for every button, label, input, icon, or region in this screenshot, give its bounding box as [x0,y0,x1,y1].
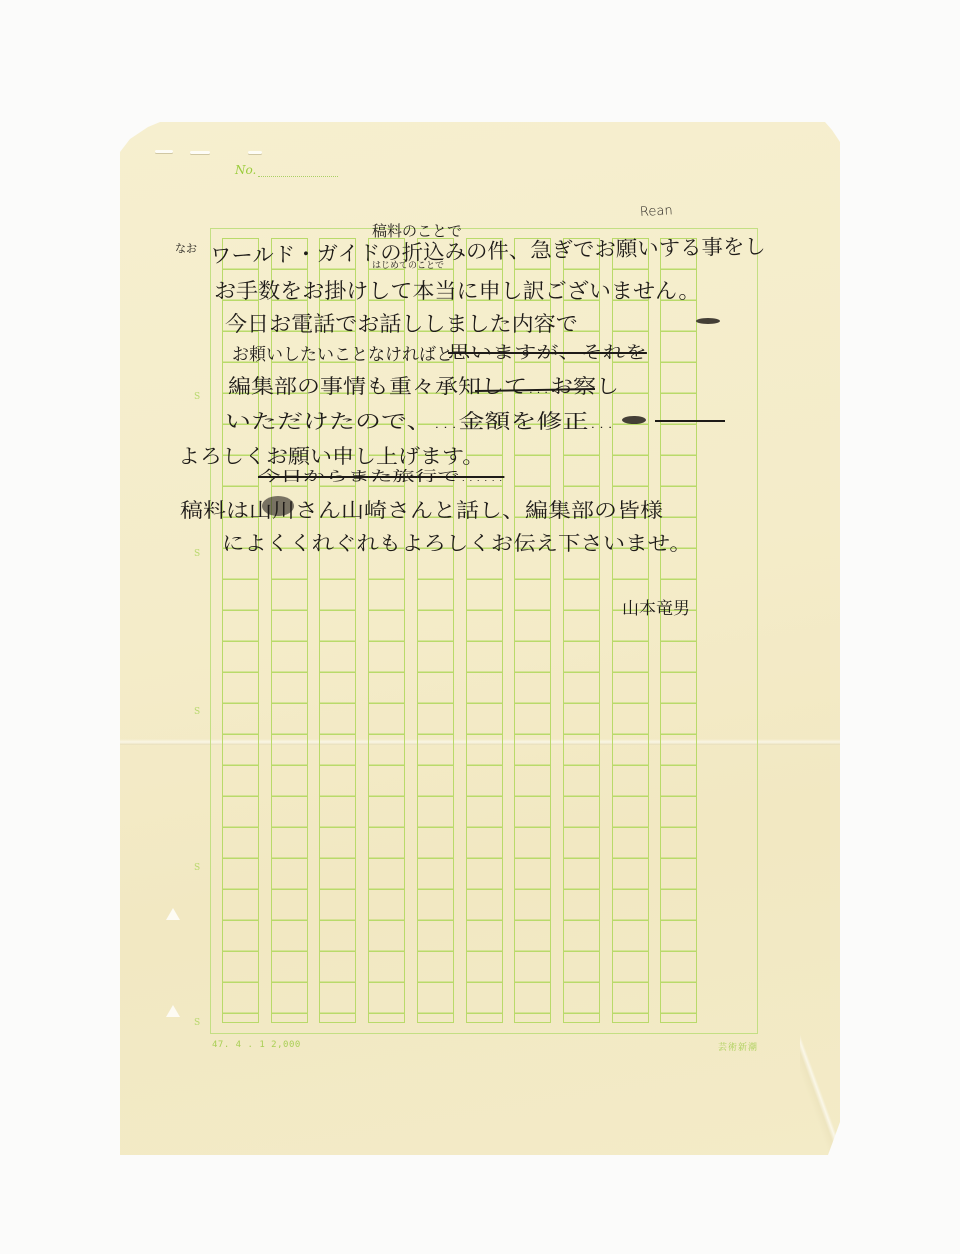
letter-line: 今日お電話でお話ししました内容で [225,308,578,338]
letter-line-struck: 思いますが、それを [448,338,647,363]
form-number-line [258,176,338,177]
scribble-mark [696,318,720,324]
margin-s-mark: S [194,549,200,559]
footer-print-code: 47. 4 . 1 2,000 [212,1040,301,1050]
annotation-top-right: Rean [640,203,673,220]
letter-line: 編集部の事情も重々承知して…お察し [228,370,619,399]
letter-line: いただけたので、…金額を修正… [225,405,614,434]
letter-line: お頼いしたいことなければと [232,340,453,365]
staple-mark [248,151,262,154]
margin-note: なお [175,240,197,256]
form-number-label: No. [235,163,256,177]
letter-line: お手数をお掛けして本当に申し訳ございません。 [214,275,700,305]
letter-line: 稿料は山川さん山崎さんと話し、編集部の皆様 [180,494,663,523]
punch-guide-mark [166,908,180,920]
grid-column [660,238,697,1023]
punch-guide-mark [166,1005,180,1017]
staple-mark [190,151,210,154]
letter-line: よろしくお願い申し上げます。 [178,440,484,469]
scribble-mark [622,416,646,424]
footer-publisher: 芸術新潮 [718,1040,758,1053]
margin-s-mark: S [194,1018,200,1028]
letter-line-struck: 今日からまた旅行で…… [258,466,504,486]
letter-line-insert: はじめてのことで [372,258,444,271]
paper-folded-corner [800,995,840,1155]
strike-through [655,420,725,422]
staple-mark [155,150,173,153]
signature: 山本竜男 [622,594,690,619]
margin-s-mark: S [194,392,200,402]
margin-s-mark: S [194,707,200,717]
margin-s-mark: S [194,863,200,873]
letter-line: によくくれぐれもよろしくお伝え下さいませ。 [222,527,692,556]
